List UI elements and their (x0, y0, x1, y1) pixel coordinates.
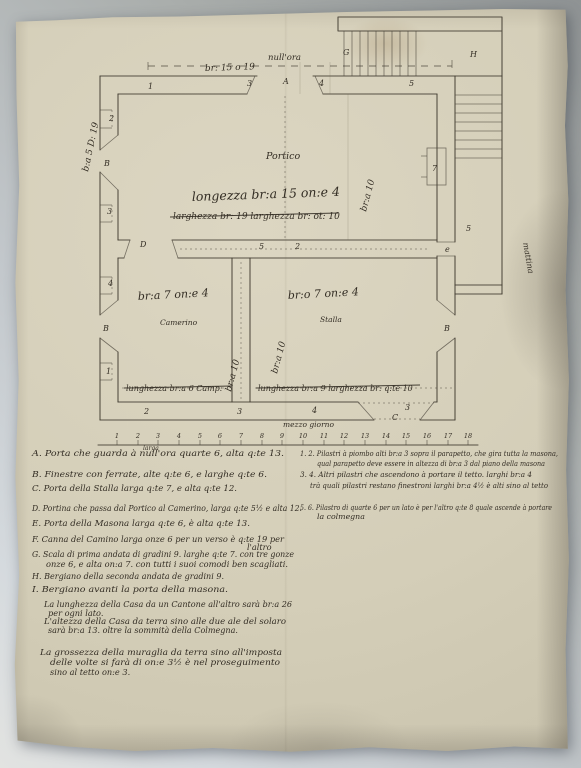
manuscript-photo: 1 2 3 4 5 6 7 8 9 10 11 12 13 14 15 16 1… (0, 0, 581, 768)
paper-shadow (0, 0, 581, 768)
paper-sheet (12, 6, 570, 754)
